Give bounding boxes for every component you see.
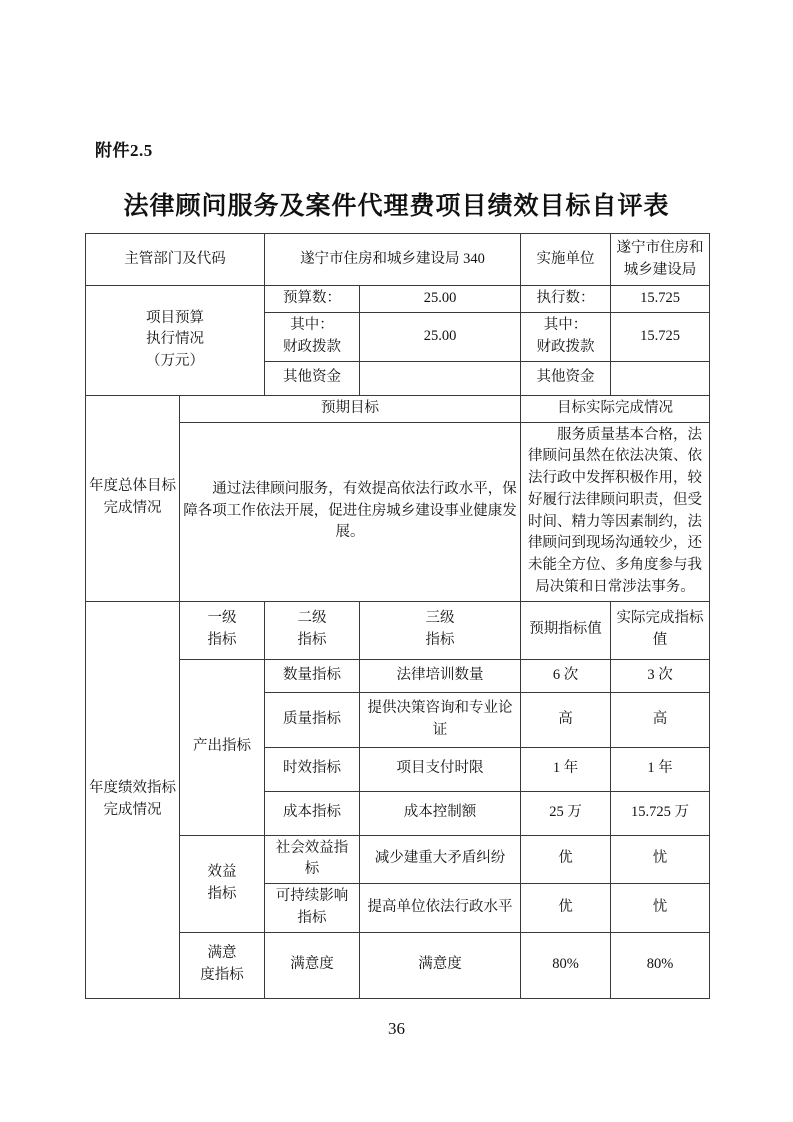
impl-unit-value: 遂宁市住房和 城乡建设局 bbox=[611, 234, 710, 286]
cost-indicator-name: 成本控制额 bbox=[360, 791, 521, 835]
sustainability-expected-value: 优 bbox=[521, 884, 611, 933]
actual-goal-text: 服务质量基本合格，法律顾问虽然在依法决策、依法行政中发挥积极作用，较好履行法律顾… bbox=[521, 422, 710, 601]
table-row: 主管部门及代码 遂宁市住房和城乡建设局 340 实施单位 遂宁市住房和 城乡建设… bbox=[86, 234, 710, 286]
table-row: 产出指标 数量指标 法律培训数量 6 次 3 次 bbox=[86, 659, 710, 692]
page-number: 36 bbox=[0, 1019, 793, 1039]
executed-other-label: 其他资金 bbox=[521, 361, 611, 395]
expected-goal-text: 通过法律顾问服务，有效提高依法行政水平，保障各项工作依法开展，促进住房城乡建设事… bbox=[180, 422, 521, 601]
evaluation-table: 主管部门及代码 遂宁市住房和城乡建设局 340 实施单位 遂宁市住房和 城乡建设… bbox=[85, 233, 710, 999]
cost-actual-value: 15.725 万 bbox=[611, 791, 710, 835]
budget-section-label: 项目预算 执行情况 （万元） bbox=[86, 286, 265, 396]
page-title: 法律顾问服务及案件代理费项目绩效目标自评表 bbox=[0, 186, 793, 222]
cost-expected-value: 25 万 bbox=[521, 791, 611, 835]
executed-amount-value: 15.725 bbox=[611, 286, 710, 313]
level1-header: 一级 指标 bbox=[180, 601, 265, 659]
indicators-section-label: 年度绩效指标 完成情况 bbox=[86, 601, 180, 998]
timeliness-indicator-name: 项目支付时限 bbox=[360, 747, 521, 791]
budget-amount-value: 25.00 bbox=[360, 286, 521, 313]
social-benefit-expected-value: 优 bbox=[521, 835, 611, 884]
budget-amount-label: 预算数： bbox=[265, 286, 360, 313]
social-benefit-actual-value: 忧 bbox=[611, 835, 710, 884]
quality-expected-value: 高 bbox=[521, 692, 611, 747]
table-row: 满意 度指标 满意度 满意度 80% 80% bbox=[86, 932, 710, 998]
impl-unit-label: 实施单位 bbox=[521, 234, 611, 286]
timeliness-expected-value: 1 年 bbox=[521, 747, 611, 791]
satisfaction-indicator-label: 满意度 bbox=[265, 932, 360, 998]
quality-indicator-name: 提供决策咨询和专业论 证 bbox=[360, 692, 521, 747]
dept-code-label: 主管部门及代码 bbox=[86, 234, 265, 286]
executed-amount-label: 执行数： bbox=[521, 286, 611, 313]
attachment-label: 附件2.5 bbox=[95, 136, 153, 161]
document-page: 附件2.5 法律顾问服务及案件代理费项目绩效目标自评表 主管部门及代码 遂宁市住… bbox=[0, 0, 793, 1122]
table-row: 年度绩效指标 完成情况 一级 指标 二级 指标 三级 指标 预期指标值 实际完成… bbox=[86, 601, 710, 659]
level3-header: 三级 指标 bbox=[360, 601, 521, 659]
table-row: 年度总体目标 完成情况 预期目标 目标实际完成情况 bbox=[86, 395, 710, 422]
sustainability-indicator-label: 可持续影响 指标 bbox=[265, 884, 360, 933]
sustainability-actual-value: 忧 bbox=[611, 884, 710, 933]
satisfaction-actual-value: 80% bbox=[611, 932, 710, 998]
satisfaction-indicator-group-label: 满意 度指标 bbox=[180, 932, 265, 998]
social-benefit-indicator-name: 减少建重大矛盾纠纷 bbox=[360, 835, 521, 884]
annual-goal-section-label: 年度总体目标 完成情况 bbox=[86, 395, 180, 601]
satisfaction-expected-value: 80% bbox=[521, 932, 611, 998]
table-row: 项目预算 执行情况 （万元） 预算数： 25.00 执行数： 15.725 bbox=[86, 286, 710, 313]
sustainability-indicator-name: 提高单位依法行政水平 bbox=[360, 884, 521, 933]
level2-header: 二级 指标 bbox=[265, 601, 360, 659]
cost-indicator-label: 成本指标 bbox=[265, 791, 360, 835]
budget-other-label: 其他资金 bbox=[265, 361, 360, 395]
expected-value-header: 预期指标值 bbox=[521, 601, 611, 659]
quality-actual-value: 高 bbox=[611, 692, 710, 747]
budget-fiscal-label: 其中： 财政拨款 bbox=[265, 313, 360, 362]
social-benefit-indicator-label: 社会效益指 标 bbox=[265, 835, 360, 884]
quantity-expected-value: 6 次 bbox=[521, 659, 611, 692]
table-row: 通过法律顾问服务，有效提高依法行政水平，保障各项工作依法开展，促进住房城乡建设事… bbox=[86, 422, 710, 601]
satisfaction-indicator-name: 满意度 bbox=[360, 932, 521, 998]
quantity-indicator-label: 数量指标 bbox=[265, 659, 360, 692]
quantity-indicator-name: 法律培训数量 bbox=[360, 659, 521, 692]
output-indicator-group-label: 产出指标 bbox=[180, 659, 265, 835]
dept-code-value: 遂宁市住房和城乡建设局 340 bbox=[265, 234, 521, 286]
budget-other-value bbox=[360, 361, 521, 395]
budget-fiscal-value: 25.00 bbox=[360, 313, 521, 362]
expected-goal-header: 预期目标 bbox=[180, 395, 521, 422]
table-row: 效益 指标 社会效益指 标 减少建重大矛盾纠纷 优 忧 bbox=[86, 835, 710, 884]
executed-other-value bbox=[611, 361, 710, 395]
timeliness-indicator-label: 时效指标 bbox=[265, 747, 360, 791]
actual-value-header: 实际完成指标 值 bbox=[611, 601, 710, 659]
benefit-indicator-group-label: 效益 指标 bbox=[180, 835, 265, 932]
actual-goal-header: 目标实际完成情况 bbox=[521, 395, 710, 422]
executed-fiscal-label: 其中： 财政拨款 bbox=[521, 313, 611, 362]
executed-fiscal-value: 15.725 bbox=[611, 313, 710, 362]
timeliness-actual-value: 1 年 bbox=[611, 747, 710, 791]
quality-indicator-label: 质量指标 bbox=[265, 692, 360, 747]
quantity-actual-value: 3 次 bbox=[611, 659, 710, 692]
